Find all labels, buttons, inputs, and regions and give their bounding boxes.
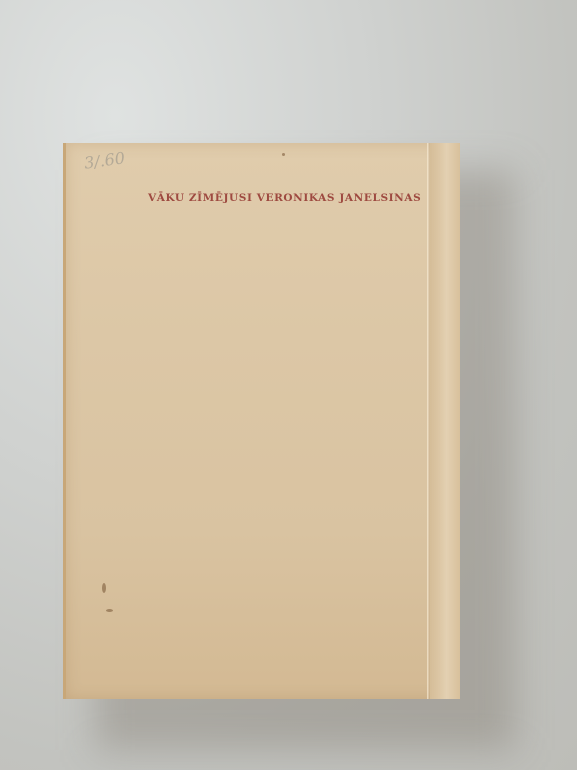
book-back-cover: 3/.60 VĀKU ZĪMĒJUSI VERONIKAS JANELSINAS — [63, 143, 460, 699]
stain-spot — [102, 583, 106, 593]
book-spine-edge — [430, 143, 460, 699]
cover-credit-text: VĀKU ZĪMĒJUSI VERONIKAS JANELSINAS — [148, 192, 421, 204]
stain-spot — [106, 609, 113, 612]
stain-spot — [282, 153, 285, 156]
pencil-price-note: 3/.60 — [83, 148, 126, 173]
